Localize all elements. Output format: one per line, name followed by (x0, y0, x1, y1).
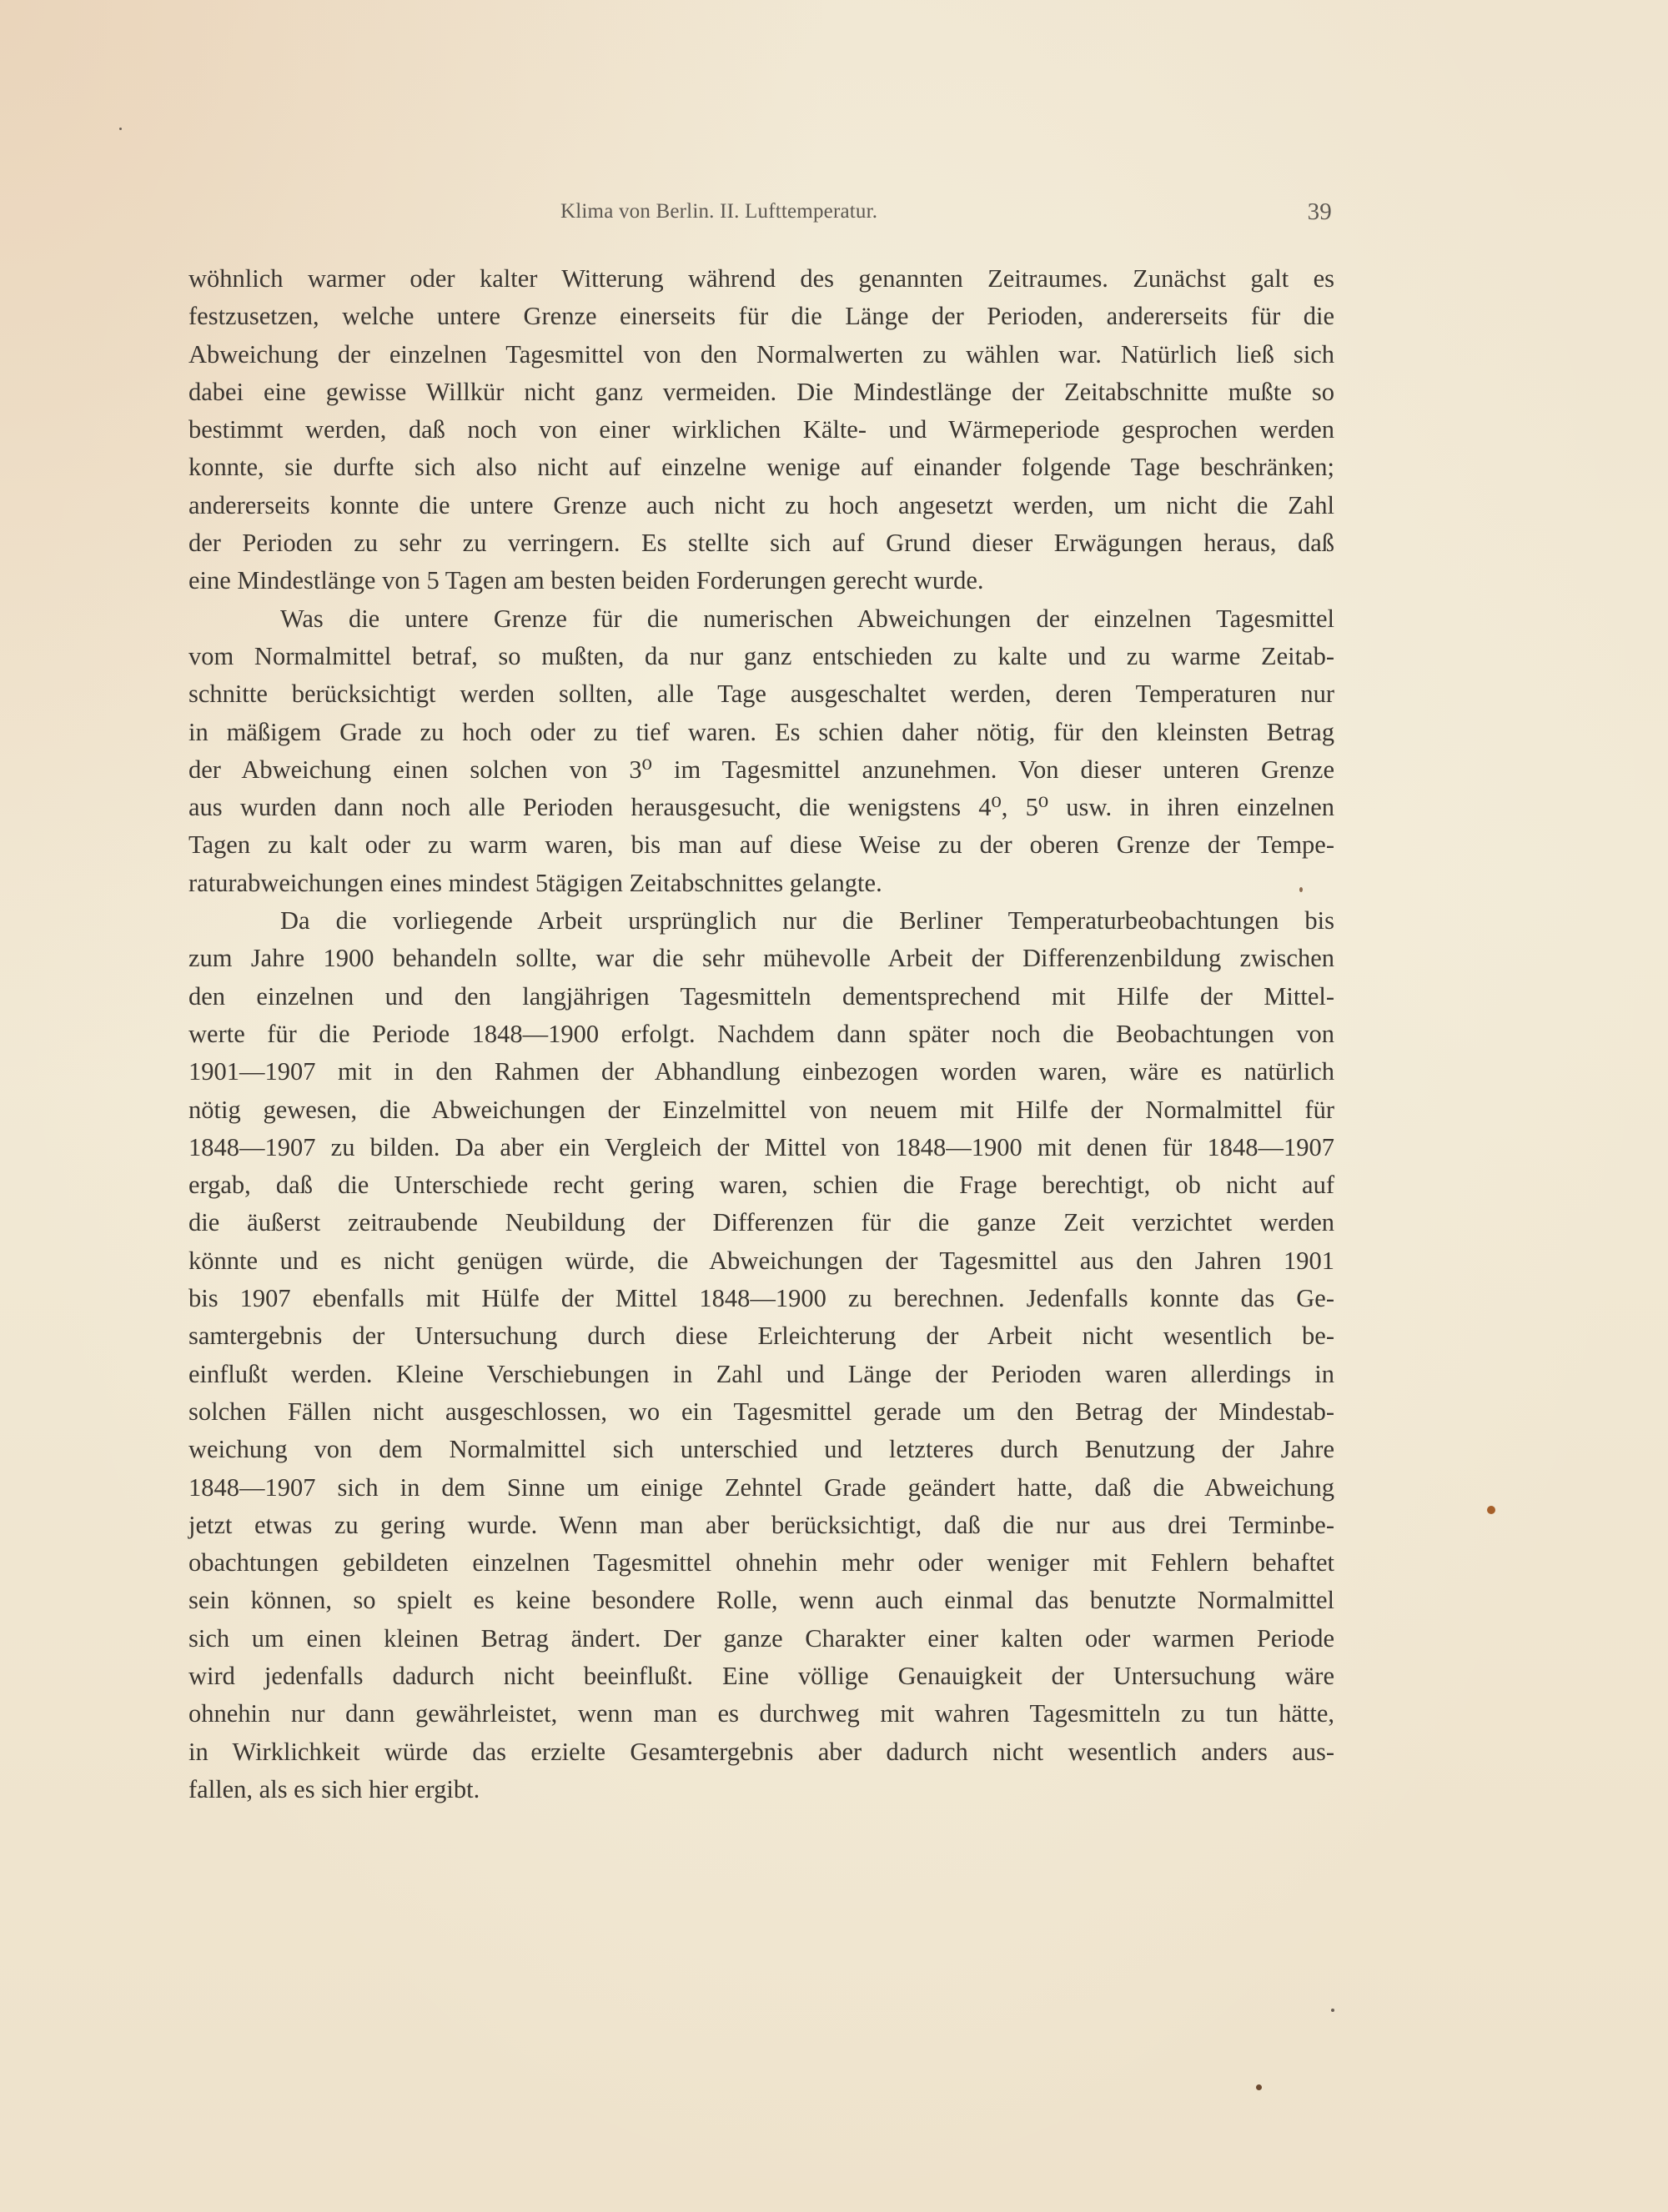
text-line: werte für die Periode 1848—1900 erfolgt.… (188, 1016, 1334, 1053)
text-line: samtergebnis der Untersuchung durch dies… (188, 1317, 1334, 1355)
text-line: festzusetzen, welche untere Grenze einer… (188, 298, 1334, 335)
text-line: 1848—1907 sich in dem Sinne um einige Ze… (188, 1469, 1334, 1507)
text-line: könnte und es nicht genügen würde, die A… (188, 1242, 1334, 1280)
text-line: zum Jahre 1900 behandeln sollte, war die… (188, 940, 1334, 977)
text-line: schnitte berücksichtigt werden sollten, … (188, 675, 1334, 713)
paper-speck (1299, 887, 1303, 892)
text-line: vom Normalmittel betraf, so mußten, da n… (188, 638, 1334, 675)
text-line: eine Mindestlänge von 5 Tagen am besten … (188, 562, 1334, 599)
text-line: ohnehin nur dann gewährleistet, wenn man… (188, 1695, 1334, 1733)
paragraph-1: wöhnlich warmer oder kalter Witterung wä… (188, 260, 1334, 600)
running-title: Klima von Berlin. II. Lufttemperatur. (560, 200, 877, 223)
paragraph-3: Da die vorliegende Arbeit ursprünglich n… (188, 902, 1334, 1808)
text-line: den einzelnen und den langjährigen Tages… (188, 978, 1334, 1016)
text-line: der Perioden zu sehr zu verringern. Es s… (188, 524, 1334, 562)
paper-speck (119, 128, 122, 130)
text-line: weichung von dem Normalmittel sich unter… (188, 1431, 1334, 1468)
text-line: aus wurden dann noch alle Perioden herau… (188, 789, 1334, 826)
text-line: 1848—1907 zu bilden. Da aber ein Verglei… (188, 1129, 1334, 1166)
text-line: sein können, so spielt es keine besonder… (188, 1582, 1334, 1619)
text-line: die äußerst zeitraubende Neubildung der … (188, 1204, 1334, 1241)
text-line: Tagen zu kalt oder zu warm waren, bis ma… (188, 826, 1334, 864)
text-line: der Abweichung einen solchen von 3⁰ im T… (188, 751, 1334, 789)
scanned-page: Klima von Berlin. II. Lufttemperatur. 39… (0, 0, 1668, 2212)
text-line: in mäßigem Grade zu hoch oder zu tief wa… (188, 714, 1334, 751)
text-line: solchen Fällen nicht ausgeschlossen, wo … (188, 1393, 1334, 1431)
text-line: Abweichung der einzelnen Tagesmittel von… (188, 336, 1334, 374)
paper-stain (1256, 2084, 1262, 2090)
text-line: wird jedenfalls dadurch nicht beeinflußt… (188, 1658, 1334, 1695)
text-line: wöhnlich warmer oder kalter Witterung wä… (188, 260, 1334, 298)
text-line: obachtungen gebildeten einzelnen Tagesmi… (188, 1544, 1334, 1582)
text-line: ergab, daß die Unterschiede recht gering… (188, 1166, 1334, 1204)
text-line: jetzt etwas zu gering wurde. Wenn man ab… (188, 1507, 1334, 1544)
text-line: raturabweichungen eines mindest 5tägigen… (188, 865, 1334, 902)
text-line: sich um einen kleinen Betrag ändert. Der… (188, 1620, 1334, 1658)
text-line: Was die untere Grenze für die numerische… (188, 600, 1334, 638)
text-line: fallen, als es sich hier ergibt. (188, 1771, 1334, 1808)
text-line: einflußt werden. Kleine Verschiebungen i… (188, 1356, 1334, 1393)
text-line: bis 1907 ebenfalls mit Hülfe der Mittel … (188, 1280, 1334, 1317)
paragraph-2: Was die untere Grenze für die numerische… (188, 600, 1334, 902)
text-line: konnte, sie durfte sich also nicht auf e… (188, 449, 1334, 486)
text-line: dabei eine gewisse Willkür nicht ganz ve… (188, 374, 1334, 411)
text-line: Da die vorliegende Arbeit ursprünglich n… (188, 902, 1334, 940)
page-number: 39 (1308, 198, 1332, 226)
body-text: wöhnlich warmer oder kalter Witterung wä… (188, 260, 1334, 1808)
running-head: Klima von Berlin. II. Lufttemperatur. 39 (560, 200, 1332, 233)
text-line: in Wirklichkeit würde das erzielte Gesam… (188, 1733, 1334, 1771)
paper-stain (1487, 1506, 1495, 1514)
text-line: bestimmt werden, daß noch von einer wirk… (188, 411, 1334, 449)
text-line: 1901—1907 mit in den Rahmen der Abhandlu… (188, 1053, 1334, 1091)
text-line: andererseits konnte die untere Grenze au… (188, 487, 1334, 524)
text-line: nötig gewesen, die Abweichungen der Einz… (188, 1091, 1334, 1129)
paper-speck (1331, 2009, 1334, 2012)
